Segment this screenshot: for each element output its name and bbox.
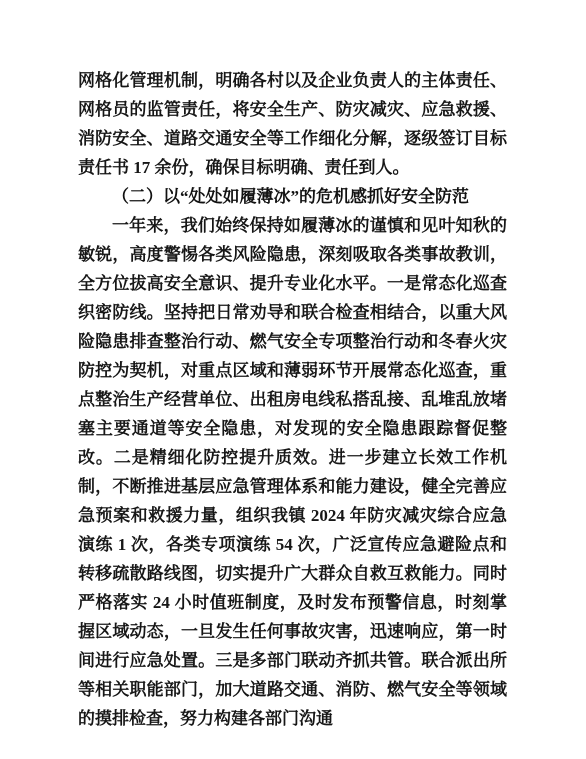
- section-heading: （二）以“处处如履薄冰”的危机感抓好安全防范: [78, 182, 507, 211]
- paragraph-body: 一年来，我们始终保持如履薄冰的谨慎和见叶知秋的敏锐，高度警惕各类风险隐患，深刻吸…: [78, 211, 507, 733]
- paragraph-continuation: 网格化管理机制，明确各村以及企业负责人的主体责任、网格员的监管责任，将安全生产、…: [78, 66, 507, 182]
- document-page: 网格化管理机制，明确各村以及企业负责人的主体责任、网格员的监管责任，将安全生产、…: [0, 0, 586, 759]
- document-content: 网格化管理机制，明确各村以及企业负责人的主体责任、网格员的监管责任，将安全生产、…: [78, 66, 507, 733]
